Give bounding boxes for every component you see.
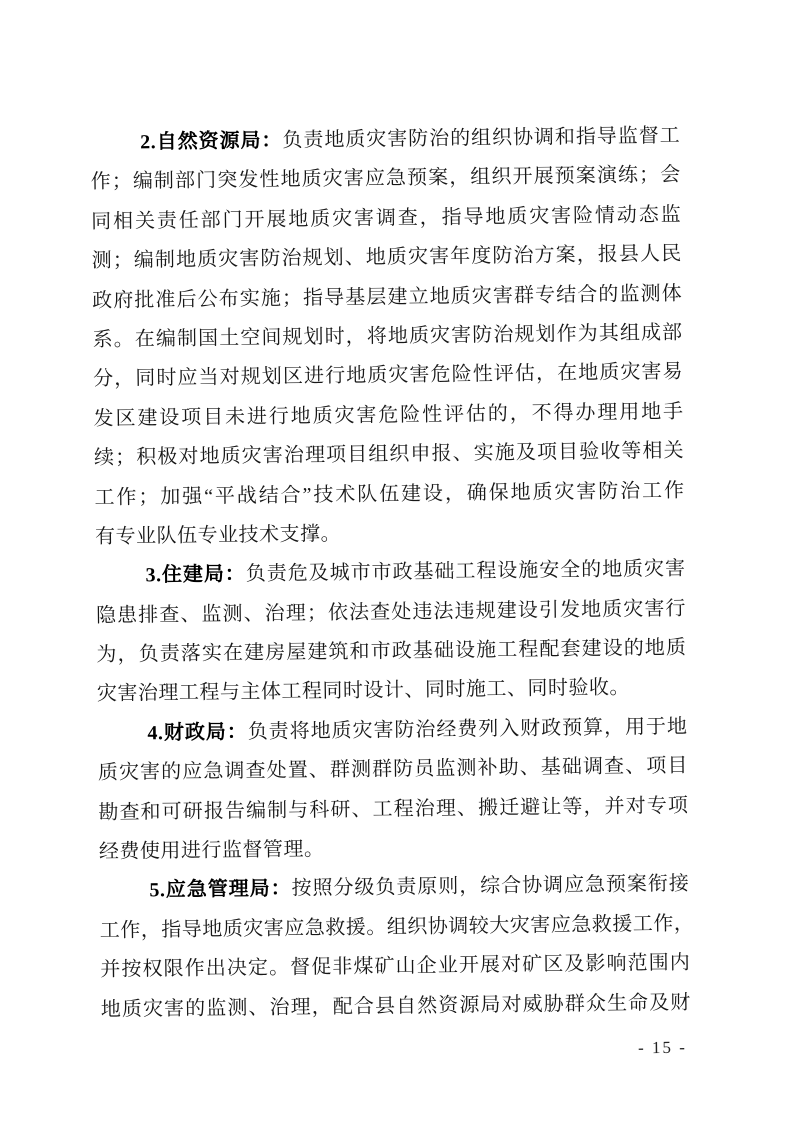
document-body: 2.自然资源局：负责地质灾害防治的组织协调和指导监督工 作；编制部门突发性地质灾… [90,117,691,1030]
text-line: 分，同时应当对规划区进行地质灾害危险性评估，在地质灾害易 [93,353,683,400]
paragraph-label: 5.应急管理局： [149,878,291,902]
text-line: 测；编制地质灾害防治规划、地质灾害年度防治方案，报县人民 [91,235,681,282]
text-line: 质灾害的应急调查处置、群测群防员监测补助、基础调查、项目 [98,747,688,794]
text-run: 按照分级负责原则，综合协调应急预案衔接 [291,873,689,900]
text-line: 作；编制部门突发性地质灾害应急预案，组织开展预案演练；会 [90,156,680,203]
text-line: 地质灾害的监测、治理，配合县自然资源局对威胁群众生命及财 [101,983,691,1030]
text-run: 负责将地质灾害防治经费列入财政预算，用于地 [248,716,688,743]
document-page: 2.自然资源局：负责地质灾害防治的组织协调和指导监督工 作；编制部门突发性地质灾… [0,0,793,1122]
paragraph-natural-resources-bureau: 2.自然资源局：负责地质灾害防治的组织协调和指导监督工 作；编制部门突发性地质灾… [90,117,685,557]
text-line: 并按权限作出决定。督促非煤矿山企业开展对矿区及影响范围内 [100,944,690,991]
paragraph-label: 3.住建局： [145,563,246,586]
paragraph-label: 4.财政局： [147,721,248,744]
text-line: 续；积极对地质灾害治理项目组织申报、实施及项目验收等相关 [94,432,684,479]
paragraph-finance-bureau: 4.财政局：负责将地质灾害防治经费列入财政预算，用于地 质灾害的应急调查处置、群… [97,708,689,873]
paragraph-housing-construction-bureau: 3.住建局：负责危及城市市政基础工程设施安全的地质灾害 隐患排查、监测、治理；依… [95,550,687,715]
page-number: - 15 - [638,1038,687,1059]
text-run: 负责危及城市市政基础工程设施安全的地质灾害 [246,558,686,585]
text-line: 勘查和可研报告编制与科研、工程治理、搬迁避让等，并对专项 [98,786,688,833]
text-line: 3.住建局：负责危及城市市政基础工程设施安全的地质灾害 [95,550,685,597]
text-line: 工作；加强“平战结合”技术队伍建设，确保地质灾害防治工作 [94,471,684,518]
paragraph-emergency-management-bureau: 5.应急管理局：按照分级负责原则，综合协调应急预案衔接 工作，指导地质灾害应急救… [99,865,691,1030]
text-line: 5.应急管理局：按照分级负责原则，综合协调应急预案衔接 [99,865,689,912]
text-run: 负责地质灾害防治的组织协调和指导监督工 [282,125,680,152]
paragraph-label: 2.自然资源局： [140,130,282,154]
